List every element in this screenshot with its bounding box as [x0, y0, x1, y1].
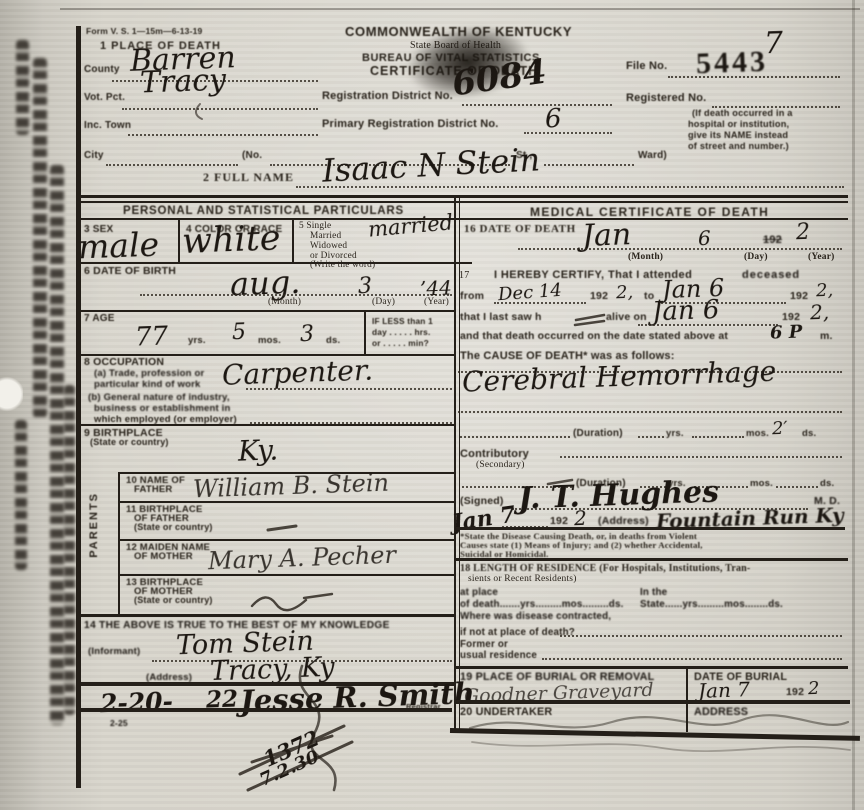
dod-day-sublabel: (Day) [744, 252, 768, 262]
marital-label-line1: 5 Single [299, 221, 331, 231]
no-label: (No. [242, 150, 262, 161]
mother-maiden-value: Mary A. Pecher [208, 541, 397, 576]
margin-stamp-illegible [50, 165, 64, 725]
medical-section-title: MEDICAL CERTIFICATE OF DEATH [530, 205, 769, 219]
rule [454, 700, 850, 704]
burial-year-printed: 192 [786, 686, 804, 698]
dotted-line [122, 108, 318, 110]
rule [118, 539, 455, 541]
mother-maiden-label2: OF MOTHER [134, 551, 193, 562]
mother-birthplace-squiggle [252, 594, 332, 610]
occupation-b-line2: business or establishment in [94, 403, 231, 414]
hospital-note-line2: hospital or institution, [688, 119, 789, 129]
dod-year-printed: 192 [763, 234, 782, 246]
father-name-value: William B. Stein [193, 469, 390, 504]
informant-label: (Informant) [88, 646, 140, 657]
city-label: City [84, 150, 104, 161]
scan-top-edge [60, 8, 860, 10]
rule [78, 614, 455, 617]
rule [78, 310, 455, 312]
file-no-handwritten: 7 [763, 26, 783, 62]
dotted-line [524, 132, 612, 134]
at-place-label2: of death.......yrs.........mos.........d… [460, 599, 624, 610]
burial-year-handwritten: 2 [808, 678, 820, 699]
inc-town-label: Inc. Town [84, 120, 131, 131]
marital-label-line2: Married [310, 231, 341, 241]
occupation-value: Carpenter. [221, 353, 373, 391]
dotted-line [106, 164, 238, 166]
occupation-a-line1: (a) Trade, profession or [94, 368, 204, 379]
color-race-value: white [181, 218, 281, 261]
rule [454, 558, 848, 561]
residence-label-line1: 18 LENGTH OF RESIDENCE (For Hospitals, I… [460, 563, 750, 574]
margin-stamp-illegible [16, 40, 29, 135]
disease-contracted-label1: Where was disease contracted, [460, 611, 611, 622]
occupation-a-line2: particular kind of work [94, 379, 200, 390]
death-occurred-text: and that death occurred on the date stat… [460, 330, 728, 342]
day-label: (Day) [372, 297, 395, 307]
dob-label: 6 DATE OF BIRTH [84, 265, 176, 277]
registration-district-label: Registration District No. [322, 90, 453, 102]
undertaker-label: 20 UNDERTAKER [460, 706, 552, 718]
sign-year-printed: 192 [550, 515, 568, 527]
dotted-line [560, 635, 842, 637]
sign-address-label: (Address) [598, 515, 649, 527]
rule [118, 574, 455, 576]
hospital-note-line1: (If death occurred in a [692, 108, 793, 118]
section-divider [78, 201, 848, 203]
rule [454, 666, 848, 669]
in-the-label2: State......yrs.........mos........ds. [640, 599, 783, 610]
age-years-value: 77 [134, 321, 168, 352]
certify-deceased-word: deceased [742, 269, 800, 281]
from-year-handwritten: 2, [616, 282, 634, 304]
undertaker-signature-illegible [472, 742, 850, 751]
at-place-label1: at place [460, 587, 498, 598]
yrs-label: yrs. [188, 335, 206, 346]
scan-right-edge [852, 0, 855, 810]
form-number: Form V. S. 1—15m—6-13-19 [86, 26, 202, 36]
rule [118, 501, 455, 503]
margin-stamp-illegible [15, 420, 27, 570]
duration2-mos-label: mos. [750, 478, 773, 489]
date-of-death-label: 16 DATE OF DEATH [464, 223, 576, 235]
age-label: 7 AGE [84, 313, 115, 324]
dotted-line [776, 486, 818, 488]
age-months-value: 5 [232, 320, 247, 345]
dotted-line [542, 658, 842, 660]
section-divider [78, 195, 848, 198]
residence-label-line2: sients or Recent Residents) [468, 574, 577, 584]
full-name-value: Isaac N Stein [321, 140, 541, 189]
duration-mos-label: mos. [746, 428, 769, 439]
age-days-value: 3 [300, 322, 315, 347]
death-certificate-scan: Form V. S. 1—15m—6-13-19 1 PLACE OF DEAT… [0, 0, 864, 810]
duration-ds-value: 2′ [772, 418, 788, 440]
last-saw-text-b: alive on [606, 311, 647, 323]
file-no-stamped: 5443 [695, 45, 768, 81]
dod-day-value: 6 [698, 226, 712, 250]
month-label: (Month) [268, 297, 301, 307]
rule [450, 728, 860, 741]
duration2-ds-label: ds. [820, 478, 834, 489]
rule [118, 472, 120, 614]
rule [78, 424, 455, 426]
sex-value: male [77, 225, 159, 267]
dod-year-handwritten: 2 [796, 220, 811, 245]
dotted-line [638, 436, 664, 438]
dotted-line [462, 104, 612, 106]
vot-pct-label: Vot. Pct. [84, 92, 125, 103]
if-less-line3: or . . . . . min? [372, 338, 429, 348]
year-label: (Year) [424, 297, 449, 307]
last-saw-year-handwritten: 2, [810, 300, 830, 325]
dod-year-sublabel: (Year) [808, 252, 835, 262]
last-saw-date-value: Jan 6 [651, 295, 719, 327]
filed-date-value: 2-20- [100, 687, 174, 719]
undertaker-address-label: ADDRESS [694, 706, 748, 718]
from-year-printed: 192 [590, 290, 608, 302]
dotted-line [638, 324, 778, 326]
dotted-line [692, 436, 744, 438]
to-year-printed: 192 [790, 290, 808, 302]
rule [686, 666, 688, 732]
dotted-line [458, 411, 842, 413]
dotted-line [494, 302, 586, 304]
dod-month-sublabel: (Month) [628, 252, 663, 262]
rule [178, 218, 180, 262]
dotted-line [544, 164, 634, 166]
file-no-label: File No. [626, 60, 667, 72]
vot-pct-value: Tracy [139, 63, 226, 101]
death-time-m-label: m. [820, 330, 833, 342]
occupation-b-line1: (b) General nature of industry, [88, 392, 230, 403]
if-less-line2: day . . . . . hrs. [372, 327, 430, 337]
registered-no-label: Registered No. [626, 92, 706, 104]
rule [456, 527, 845, 530]
dotted-line [128, 134, 318, 136]
duration-yrs-label: yrs. [666, 428, 684, 439]
margin-stamp-illegible [33, 58, 47, 418]
form-left-border [76, 26, 81, 788]
county-label: County [84, 64, 120, 75]
margin-stamp-illegible [64, 385, 75, 715]
him-scratch-mark [575, 315, 604, 325]
hospital-note-line4: of street and number.) [688, 141, 789, 151]
ds-label: ds. [326, 335, 340, 346]
birthplace-sublabel: (State or country) [90, 437, 169, 447]
father-name-label2: FATHER [134, 484, 173, 495]
father-birthplace-label3: (State or country) [134, 522, 213, 532]
tracy-pen-hook [196, 104, 202, 119]
column-divider [454, 195, 456, 731]
full-name-label: 2 FULL NAME [203, 170, 294, 185]
dotted-line [296, 186, 844, 188]
punch-hole [0, 376, 23, 412]
to-year-handwritten: 2, [816, 280, 834, 302]
hospital-note-line3: give its NAME instead [688, 130, 788, 140]
contributory-label: Contributory [460, 448, 529, 460]
rule [292, 218, 294, 262]
ward-label: Ward) [638, 150, 667, 161]
occupation-label: 8 OCCUPATION [84, 356, 164, 368]
primary-registration-label: Primary Registration District No. [322, 118, 499, 130]
former-residence-label2: usual residence [460, 650, 537, 661]
rule [364, 310, 366, 354]
personal-section-title: PERSONAL AND STATISTICAL PARTICULARS [123, 205, 404, 217]
dotted-line [518, 248, 842, 250]
birthplace-value: Ky. [237, 433, 278, 467]
death-time-value: 6 P [770, 321, 803, 343]
duration-label: (Duration) [573, 428, 623, 439]
duration-ds-label: ds. [802, 428, 816, 439]
in-the-label1: In the [640, 587, 667, 598]
mother-birthplace-label3: (State or country) [134, 595, 213, 605]
form-code: 2-25 [110, 718, 128, 728]
last-saw-text-a: that I last saw h [460, 311, 542, 323]
if-less-line1: IF LESS than 1 [372, 316, 433, 326]
parents-label: PARENTS [88, 492, 100, 558]
dotted-line [460, 436, 570, 438]
marital-label-line3: Widowed [310, 241, 347, 251]
dotted-line [140, 294, 452, 296]
mos-label: mos. [258, 335, 281, 346]
rule [456, 262, 472, 264]
disease-contracted-label2: if not at place of death? [460, 627, 575, 638]
certify-number: 17 [459, 270, 469, 281]
secondary-label: (Secondary) [476, 460, 525, 470]
father-birthplace-dash [268, 526, 296, 530]
primary-registration-value: 6 [544, 104, 562, 135]
attended-from-label: from [460, 290, 484, 302]
former-residence-label1: Former or [460, 639, 508, 650]
dotted-line [560, 456, 842, 458]
rule [78, 708, 452, 712]
